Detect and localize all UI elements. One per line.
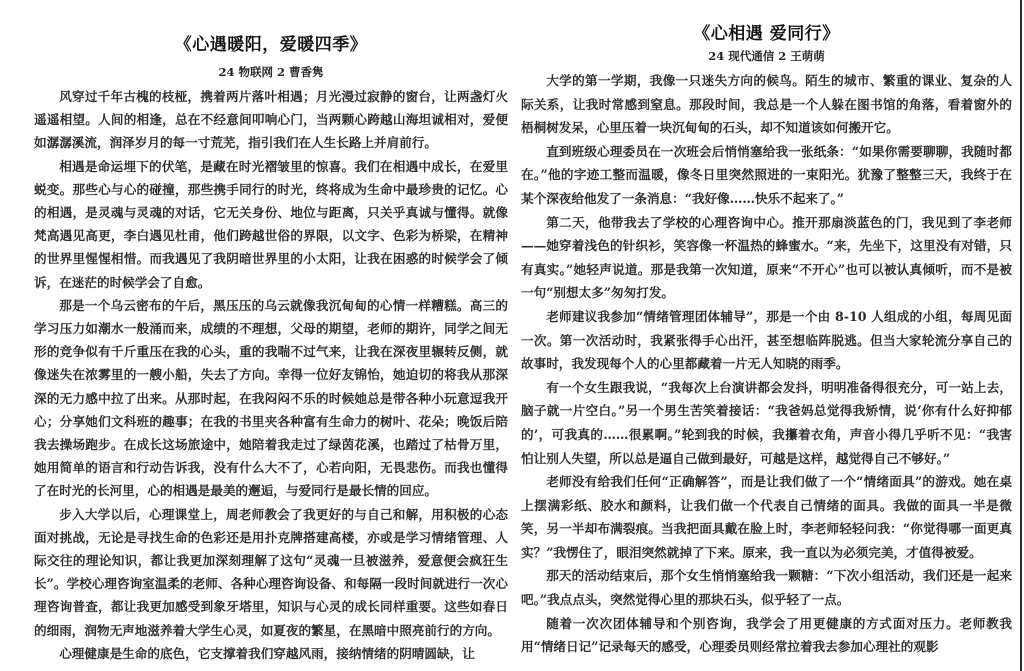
left-article-author: 24 物联网 2 曹香隽 xyxy=(34,64,508,81)
left-article-body: 风穿过千年古槐的枝桠，携着两片落叶相遇；月光漫过寂静的窗台，让两盏灯火遥遥相望。… xyxy=(34,85,508,665)
paragraph: 大学的第一学期，我像一只迷失方向的候鸟。陌生的城市、繁重的课业、复杂的人际关系，… xyxy=(521,69,1012,140)
paragraph: 风穿过千年古槐的枝桠，携着两片落叶相遇；月光漫过寂静的窗台，让两盏灯火遥遥相望。… xyxy=(34,85,508,155)
paragraph: 心理健康是生命的底色，它支撑着我们穿越风雨，接纳情绪的阴晴圆缺，让 xyxy=(34,642,508,665)
paragraph: 那是一个乌云密布的午后，黑压压的乌云就像我沉甸甸的心情一样糟糕。高三的学习压力如… xyxy=(34,294,508,503)
right-article-body: 大学的第一学期，我像一只迷失方向的候鸟。陌生的城市、繁重的课业、复杂的人际关系，… xyxy=(521,69,1012,659)
paragraph: 老师建议我参加“情绪管理团体辅导”，那是一个由 8-10 人组成的小组，每周见面… xyxy=(521,305,1012,376)
paragraph: 直到班级心理委员在一次班会后悄悄塞给我一张纸条：“如果你需要聊聊，我随时都在。”… xyxy=(521,140,1012,211)
paragraph: 步入大学以后，心理课堂上，周老师教会了我更好的与自己和解，用积极的心态面对挑战，… xyxy=(34,503,508,642)
paragraph: 那天的活动结束后，那个女生悄悄塞给我一颗糖：“下次小组活动，我们还是一起来吧。”… xyxy=(521,564,1012,611)
paragraph: 有一个女生跟我说，“我每次上台演讲都会发抖，明明准备得很充分，可一站上去，脑子就… xyxy=(521,376,1012,470)
paragraph: 随着一次次团体辅导和个别咨询，我学会了用更健康的方式面对压力。老师教我用“情绪日… xyxy=(521,612,1012,659)
page-edge-divider xyxy=(1020,0,1022,671)
paragraph: 第二天，他带我去了学校的心理咨询中心。推开那扇淡蓝色的门，我见到了李老师——她穿… xyxy=(521,211,1012,305)
right-article-author: 24 现代通信 2 王萌萌 xyxy=(521,48,1012,65)
left-article: 《心遇暖阳，爱暖四季》 24 物联网 2 曹香隽 风穿过千年古槐的枝桠，携着两片… xyxy=(34,0,508,665)
right-article-title: 《心相遇 爱同行》 xyxy=(521,22,1012,46)
left-article-title: 《心遇暖阳，爱暖四季》 xyxy=(34,33,508,57)
paragraph: 相遇是命运埋下的伏笔，是藏在时光褶皱里的惊喜。我们在相遇中成长，在爱里蜕变。那些… xyxy=(34,155,508,294)
right-article: 《心相遇 爱同行》 24 现代通信 2 王萌萌 大学的第一学期，我像一只迷失方向… xyxy=(521,0,1012,659)
paragraph: 老师没有给我们任何“正确解答”，而是让我们做了一个“情绪面具”的游戏。她在桌上摆… xyxy=(521,470,1012,564)
